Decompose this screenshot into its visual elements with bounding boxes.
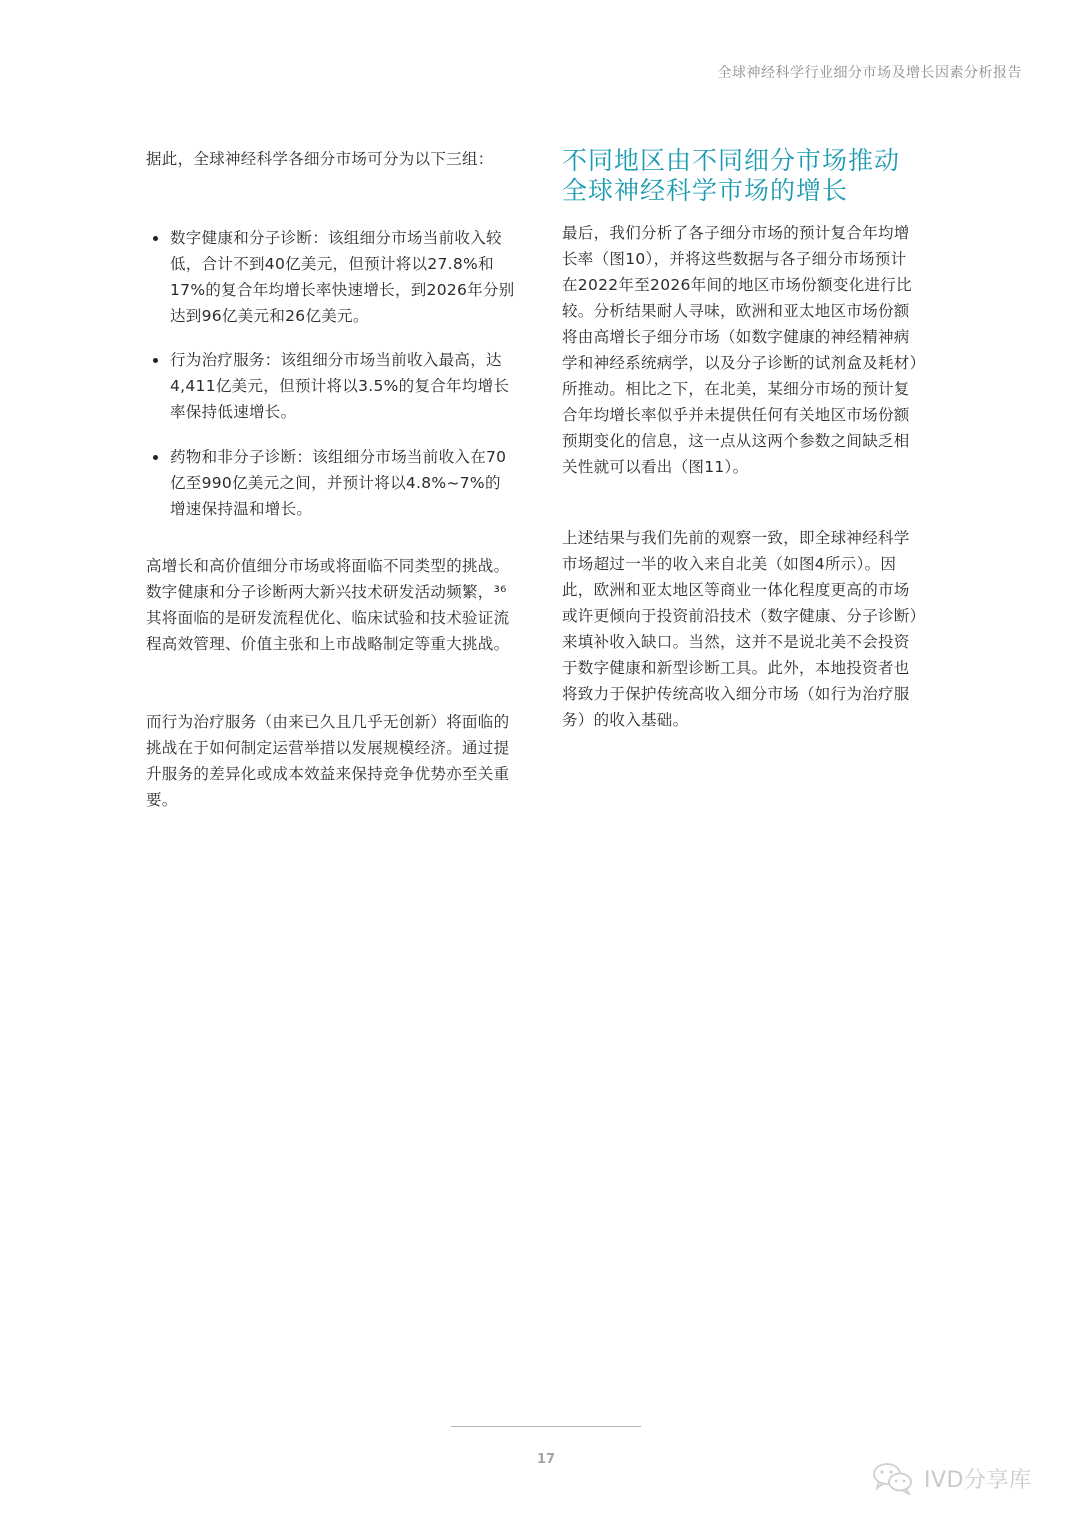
running-header: 全球神经科学行业细分市场及增长因素分析报告	[718, 62, 1023, 82]
watermark-text: IVD分享库	[924, 1463, 1031, 1494]
bullet-icon	[153, 455, 158, 460]
north-america-paragraph: 上述结果与我们先前的观察一致，即全球神经科学市场超过一半的收入来自北美（如图4所…	[562, 525, 922, 733]
bullet-item-behavioral-therapy: 行为治疗服务：该组细分市场当前收入最高，达4,411亿美元，但预计将以3.5%的…	[146, 347, 516, 425]
page-number: 17	[451, 1452, 641, 1467]
intro-paragraph: 据此，全球神经科学各细分市场可分为以下三组：	[146, 146, 516, 172]
challenges-paragraph: 高增长和高价值细分市场或将面临不同类型的挑战。数字健康和分子诊断两大新兴技术研发…	[146, 553, 516, 657]
bullet-icon	[153, 236, 158, 241]
bullet-icon	[153, 358, 158, 363]
section-heading: 不同地区由不同细分市场推动全球神经科学市场的增长	[562, 146, 922, 206]
watermark: IVD分享库	[870, 1458, 1031, 1498]
bullet-text: 药物和非分子诊断：该组细分市场当前收入在70亿至990亿美元之间，并预计将以4.…	[170, 448, 506, 518]
behavioral-paragraph: 而行为治疗服务（由来已久且几乎无创新）将面临的挑战在于如何制定运营举措以发展规模…	[146, 709, 516, 813]
bullet-text: 数字健康和分子诊断：该组细分市场当前收入较低，合计不到40亿美元，但预计将以27…	[170, 229, 515, 325]
wechat-icon	[870, 1461, 916, 1495]
bullet-item-drugs-diagnostics: 药物和非分子诊断：该组细分市场当前收入在70亿至990亿美元之间，并预计将以4.…	[146, 444, 516, 522]
regional-analysis-paragraph: 最后，我们分析了各子细分市场的预计复合年均增长率（图10），并将这些数据与各子细…	[562, 220, 922, 480]
bullet-text: 行为治疗服务：该组细分市场当前收入最高，达4,411亿美元，但预计将以3.5%的…	[170, 351, 509, 421]
bullet-item-digital-health: 数字健康和分子诊断：该组细分市场当前收入较低，合计不到40亿美元，但预计将以27…	[146, 225, 516, 329]
footer-divider	[451, 1426, 641, 1427]
